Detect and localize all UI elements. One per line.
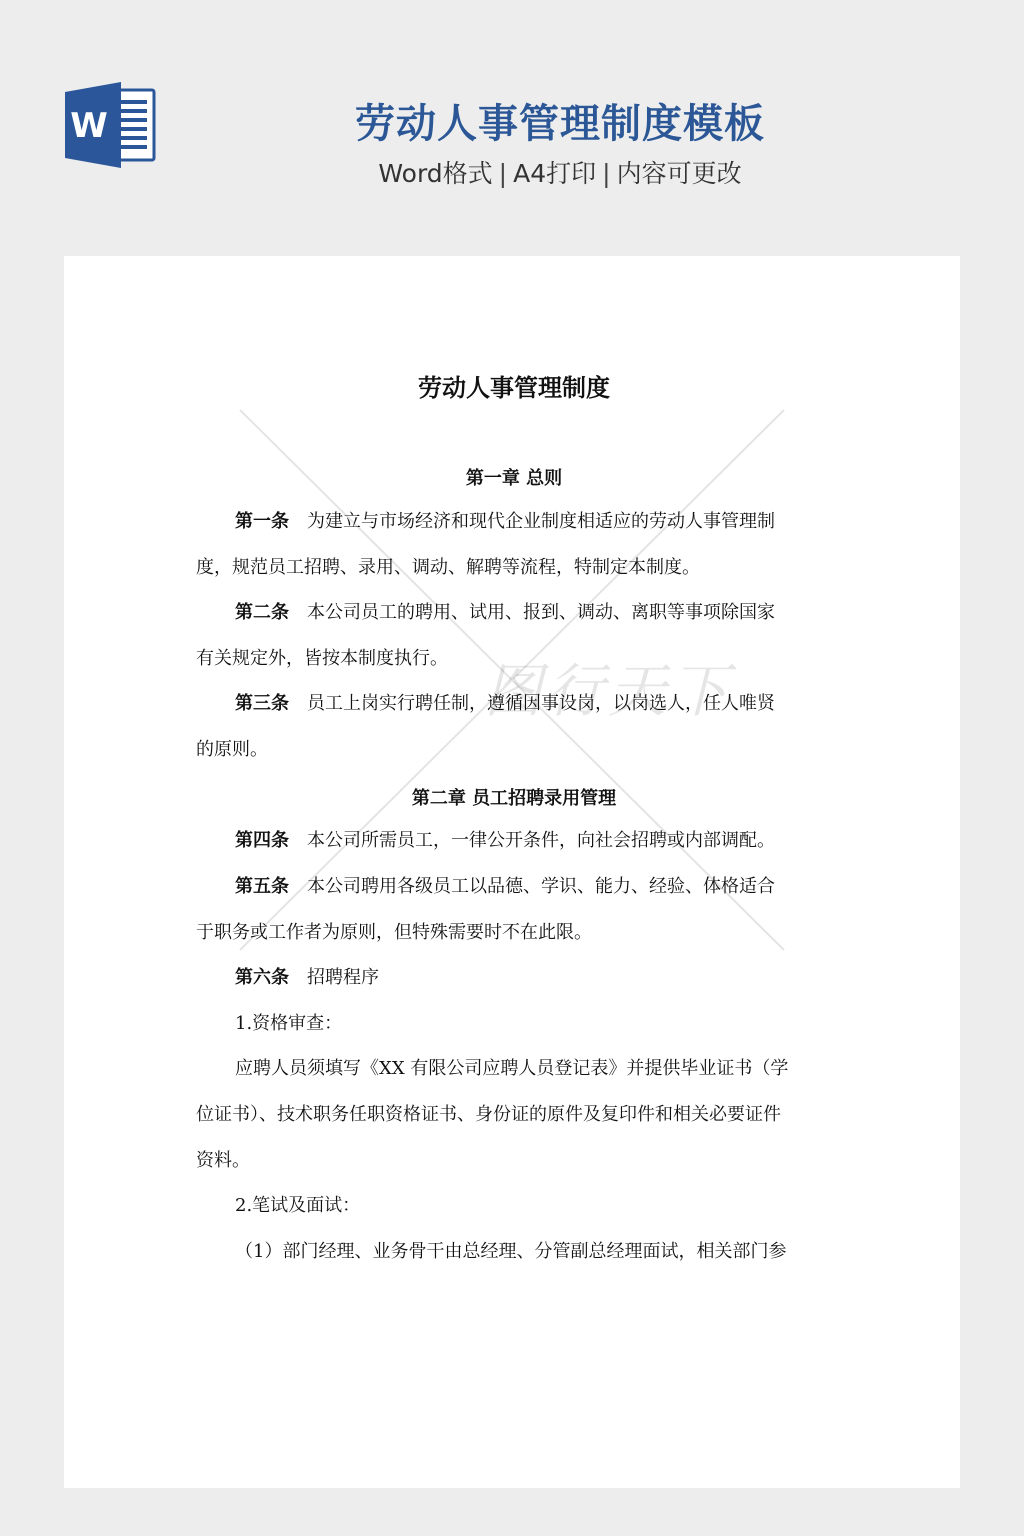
article-line: 度，规范员工招聘、录用、调动、解聘等流程，特制定本制度。 [196,556,832,580]
article-label: 第三条 [235,693,289,714]
article-label: 第二条 [235,602,289,623]
document-title: 劳动人事管理制度 [196,368,832,403]
subtitle-editable: 内容可更改 [617,159,742,188]
article-text: 为建立与市场经济和现代企业制度相适应的劳动人事管理制 [307,511,775,532]
paragraph-text: 位证书）、技术职务任职资格证书、身份证的原件及复印件和相关必要证件 [196,1104,781,1125]
list-item-text: 1.资格审查： [235,1013,342,1034]
article-line: 第五条本公司聘用各级员工以品德、学识、能力、经验、体格适合 [196,875,871,899]
word-document-icon: W [65,82,157,168]
template-title: 劳动人事管理制度模板 [340,92,780,149]
paragraph-line: 位证书）、技术职务任职资格证书、身份证的原件及复印件和相关必要证件 [196,1103,832,1127]
article-line: 第二条本公司员工的聘用、试用、报到、调动、离职等事项除国家 [196,601,871,625]
svg-text:W: W [70,106,108,146]
subtitle-print: A4打印 [513,159,596,188]
article-label: 第四条 [235,830,289,851]
article-line: 第六条招聘程序 [196,966,871,990]
template-subtitle: Word格式|A4打印|内容可更改 [340,154,780,190]
paragraph-line: （1）部门经理、业务骨干由总经理、分管副总经理面试，相关部门参 [196,1240,871,1264]
article-label: 第六条 [235,967,289,988]
article-text: 的原则。 [196,739,268,760]
article-label: 第五条 [235,876,289,897]
paragraph-text: 应聘人员须填写《XX 有限公司应聘人员登记表》并提供毕业证书（学 [235,1058,788,1079]
subtitle-format: Word格式 [378,159,492,188]
article-line: 第三条员工上岗实行聘任制，遵循因事设岗，以岗选人，任人唯贤 [196,692,871,716]
chapter-heading: 第一章 总则 [196,464,832,490]
article-text: 员工上岗实行聘任制，遵循因事设岗，以岗选人，任人唯贤 [307,693,775,714]
article-text: 本公司聘用各级员工以品德、学识、能力、经验、体格适合 [307,876,775,897]
paragraph-text: （1）部门经理、业务骨干由总经理、分管副总经理面试，相关部门参 [235,1241,786,1262]
list-item-text: 2.笔试及面试： [235,1195,360,1216]
article-line: 于职务或工作者为原则，但特殊需要时不在此限。 [196,921,832,945]
watermark-lines [64,256,960,1488]
article-text: 本公司所需员工，一律公开条件，向社会招聘或内部调配。 [307,830,775,851]
article-text: 本公司员工的聘用、试用、报到、调动、离职等事项除国家 [307,602,775,623]
list-item: 1.资格审查： [196,1012,871,1036]
article-text: 于职务或工作者为原则，但特殊需要时不在此限。 [196,922,592,943]
article-line: 第一条为建立与市场经济和现代企业制度相适应的劳动人事管理制 [196,510,871,534]
article-line: 第四条本公司所需员工，一律公开条件，向社会招聘或内部调配。 [196,829,871,853]
article-label: 第一条 [235,511,289,532]
paragraph-line: 应聘人员须填写《XX 有限公司应聘人员登记表》并提供毕业证书（学 [196,1057,871,1081]
paragraph-line: 资料。 [196,1149,832,1173]
list-item: 2.笔试及面试： [196,1194,871,1218]
article-line: 的原则。 [196,738,832,762]
article-text: 招聘程序 [307,967,379,988]
document-page: 图行天下 劳动人事管理制度 第一章 总则 第一条为建立与市场经济和现代企业制度相… [64,256,960,1488]
article-text: 有关规定外，皆按本制度执行。 [196,648,448,669]
article-line: 有关规定外，皆按本制度执行。 [196,647,832,671]
article-text: 度，规范员工招聘、录用、调动、解聘等流程，特制定本制度。 [196,557,700,578]
chapter-heading: 第二章 员工招聘录用管理 [196,784,832,810]
paragraph-text: 资料。 [196,1150,250,1171]
subtitle-separator: | [499,159,507,188]
subtitle-separator: | [602,159,610,188]
